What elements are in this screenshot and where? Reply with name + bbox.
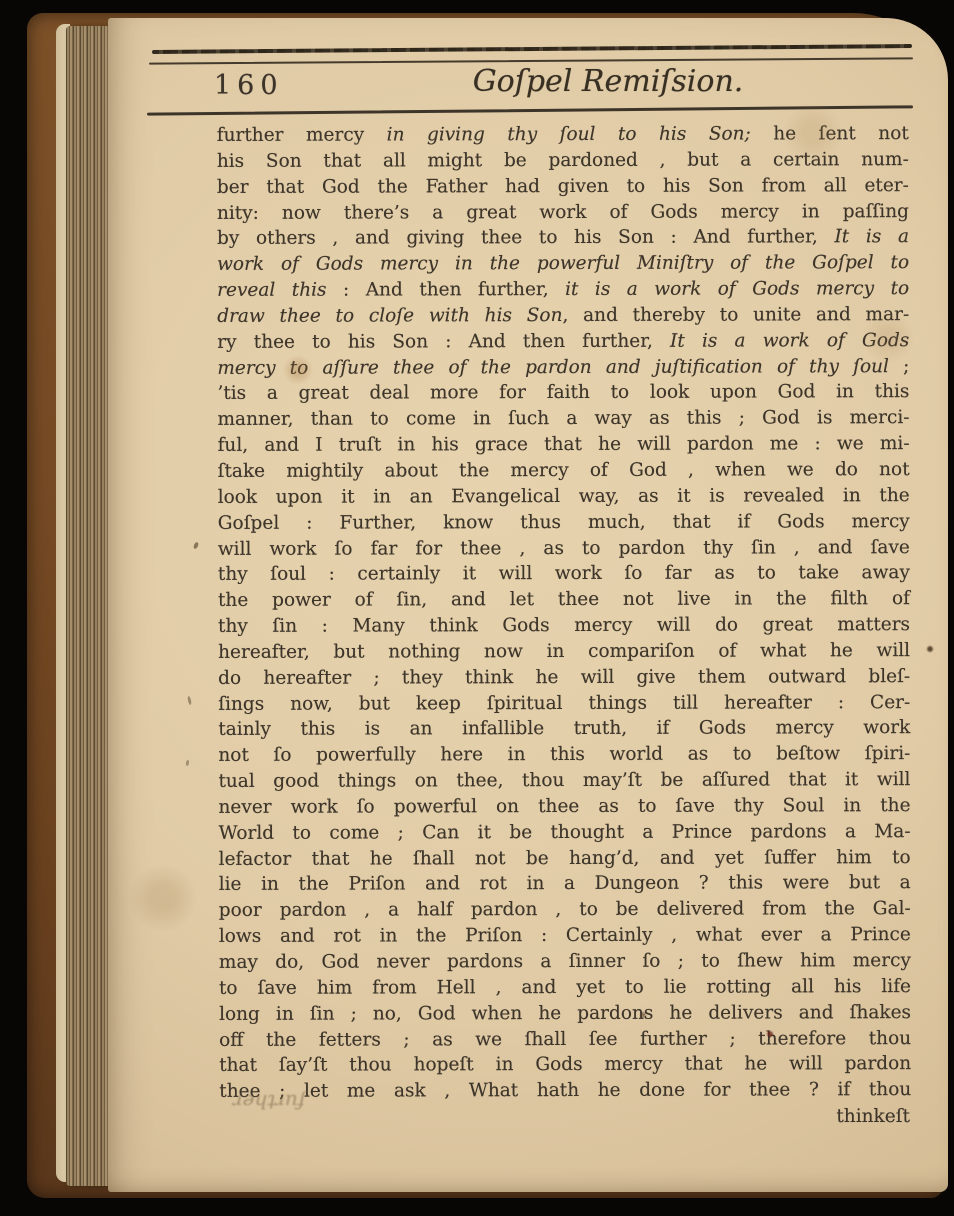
text-line: tual good things on thee, thou may’ſt be… <box>218 767 910 795</box>
text-line: the power of ſin, and let thee not live … <box>218 586 910 614</box>
text-line: nity: now there’s a great work of Gods m… <box>217 199 909 227</box>
text-line: ry thee to his Son : And then further, I… <box>217 328 909 356</box>
text-line: draw thee to cloſe with his Son, and the… <box>217 302 909 330</box>
text-line: further mercy in giving thy ſoul to his … <box>217 121 909 149</box>
text-line: reveal this : And then further, it is a … <box>217 276 909 304</box>
running-title: Goſpel Remiſsion. <box>463 64 753 99</box>
margin-speck <box>187 696 192 705</box>
text-line: mercy to aſſure thee of the pardon and j… <box>217 354 909 382</box>
text-line: ber that God the Father had given to his… <box>217 173 909 201</box>
text-line: ſings now, but keep ſpiritual things til… <box>218 690 910 718</box>
text-block: further mercy in giving thy ſoul to his … <box>217 121 912 1105</box>
ghost-showthrough-text: further <box>204 1090 334 1114</box>
text-line: long in ſin ; no, God when he pardons he… <box>219 1000 911 1028</box>
text-line: by others , and giving thee to his Son :… <box>217 224 909 252</box>
text-line: manner, than to come in ſuch a way as th… <box>217 405 909 433</box>
text-line: that ſay’ſt thou hopeſt in Gods mercy th… <box>219 1051 911 1079</box>
header-rule-top <box>152 44 912 54</box>
text-line: ſtake mightily about the mercy of God , … <box>218 457 910 485</box>
text-line: may do, God never pardons a ſinner ſo ; … <box>219 948 911 976</box>
text-line: to ſave him from Hell , and yet to lie r… <box>219 974 911 1002</box>
page-edges-texture <box>66 26 113 1186</box>
text-line: off the fetters ; as we ſhall ſee furthe… <box>219 1026 911 1054</box>
margin-speck <box>186 760 190 766</box>
book-scan: 160 Goſpel Remiſsion. further mercy in g… <box>0 0 954 1216</box>
text-line: World to come ; Can it be thought a Prin… <box>219 819 911 847</box>
text-line: look upon it in an Evangelical way, as i… <box>218 483 910 511</box>
page-number: 160 <box>214 70 284 101</box>
text-line: Goſpel : Further, know thus much, that i… <box>218 509 910 537</box>
text-line: tainly this is an infallible truth, if G… <box>218 716 910 744</box>
text-line: not ſo powerfully here in this world as … <box>218 741 910 769</box>
text-line: never work ſo powerful on thee as to ſav… <box>218 793 910 821</box>
book-page: 160 Goſpel Remiſsion. further mercy in g… <box>108 18 948 1192</box>
text-line: his Son that all might be pardoned , but… <box>217 147 909 175</box>
text-line: do hereafter ; they think he will give t… <box>218 664 910 692</box>
text-line: lefactor that he ſhall not be hang’d, an… <box>219 845 911 873</box>
text-line: lows and rot in the Priſon : Certainly ,… <box>219 922 911 950</box>
text-line: thy ſin : Many think Gods mercy will do … <box>218 612 910 640</box>
header-rule-bottom <box>147 105 913 115</box>
margin-speck <box>193 541 200 549</box>
text-line: lie in the Priſon and rot in a Dungeon ?… <box>219 871 911 899</box>
text-line: hereafter, but nothing now in compariſon… <box>218 638 910 666</box>
text-line: ’tis a great deal more for faith to look… <box>217 380 909 408</box>
text-line: thy ſoul : certainly it will work ſo far… <box>218 560 910 588</box>
text-line: work of Gods mercy in the powerful Miniſ… <box>217 250 909 278</box>
text-line: poor pardon , a half pardon , to be deli… <box>219 896 911 924</box>
text-line: will work ſo far for thee , as to pardon… <box>218 535 910 563</box>
text-line: ful, and I truſt in his grace that he wi… <box>218 431 910 459</box>
